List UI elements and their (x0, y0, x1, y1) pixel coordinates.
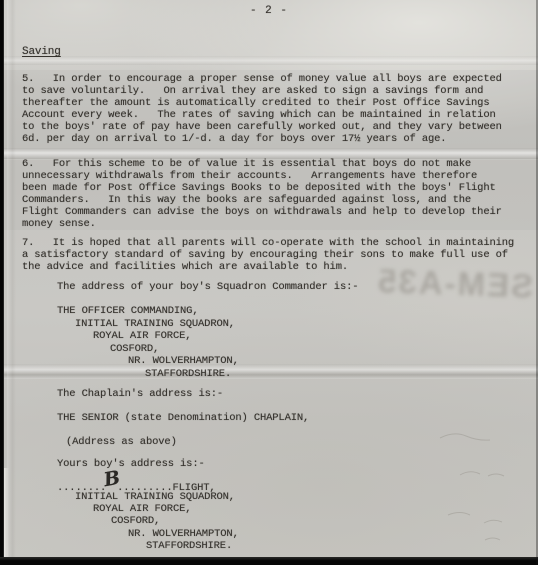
paragraph-6-line: money sense. (22, 218, 502, 230)
scanned-document-page: SEM-A35 - 2 - Saving 5. In order to enco… (0, 0, 538, 565)
address-line: COSFORD, (111, 515, 239, 527)
chaplain-address-intro: The Chaplain's address is:- (57, 388, 223, 400)
paragraph-5-line: Account every week. The rates of saving … (22, 109, 502, 121)
paragraph-5: 5. In order to encourage a proper sense … (22, 73, 502, 146)
paragraph-6: 6. For this scheme to be of value it is … (22, 158, 502, 231)
address-line: INITIAL TRAINING SQUADRON, (75, 491, 239, 503)
paragraph-5-line: to save voluntarily. On arrival they are… (22, 85, 502, 97)
address-line: STAFFORDSHIRE. (146, 540, 239, 552)
paragraph-7: 7. It is hoped that all parents will co-… (22, 237, 514, 273)
page-number: - 2 - (0, 5, 538, 17)
paragraph-5-line: to the boys' rate of pay have been caref… (22, 121, 502, 133)
boy-address-intro: Yours boy's address is:- (57, 458, 205, 470)
boy-address-block: INITIAL TRAINING SQUADRON, ROYAL AIR FOR… (75, 491, 239, 552)
paragraph-5-line: 5. In order to encourage a proper sense … (22, 73, 502, 85)
paragraph-6-line: been made for Post Office Savings Books … (22, 182, 502, 194)
paragraph-7-line: 7. It is hoped that all parents will co-… (22, 237, 514, 249)
paragraph-6-line: Commanders. In this way the books are sa… (22, 194, 502, 206)
paragraph-7-line: the advice and facilities which are avai… (22, 261, 514, 273)
handwritten-flight-letter: B (103, 472, 121, 487)
address-line: INITIAL TRAINING SQUADRON, (75, 318, 239, 331)
scan-edge-left (0, 0, 4, 565)
chaplain-address-line: THE SENIOR (state Denomination) CHAPLAIN… (57, 412, 309, 424)
paper-edge-highlight (4, 468, 9, 560)
squadron-address-block: THE OFFICER COMMANDING, INITIAL TRAINING… (57, 305, 239, 381)
address-line: NR. WOLVERHAMPTON, (128, 355, 239, 368)
pencil-marks (430, 420, 530, 550)
paragraph-5-line: thereafter the amount is automatically c… (22, 97, 502, 109)
section-heading-saving: Saving (22, 46, 61, 58)
address-line: THE OFFICER COMMANDING, (57, 305, 239, 318)
paragraph-5-line: 6d. per day on arrival to 1/-d. a day fo… (22, 133, 502, 145)
chaplain-address-note: (Address as above) (66, 436, 177, 448)
address-line: STAFFORDSHIRE. (145, 368, 239, 381)
scan-edge-bottom (0, 557, 538, 565)
address-line: ROYAL AIR FORCE, (93, 330, 239, 343)
squadron-address-intro: The address of your boy's Squadron Comma… (57, 281, 358, 293)
paper-crease (0, 56, 538, 65)
address-line: COSFORD, (110, 343, 239, 356)
address-line: NR. WOLVERHAMPTON, (128, 528, 239, 540)
address-line: ROYAL AIR FORCE, (93, 503, 239, 515)
paragraph-6-line: 6. For this scheme to be of value it is … (22, 158, 502, 170)
paragraph-6-line: Flight Commanders can advise the boys on… (22, 206, 502, 218)
paragraph-6-line: unnecessary withdrawals from their accou… (22, 170, 502, 182)
paragraph-7-line: a satisfactory standard of saving by enc… (22, 249, 514, 261)
